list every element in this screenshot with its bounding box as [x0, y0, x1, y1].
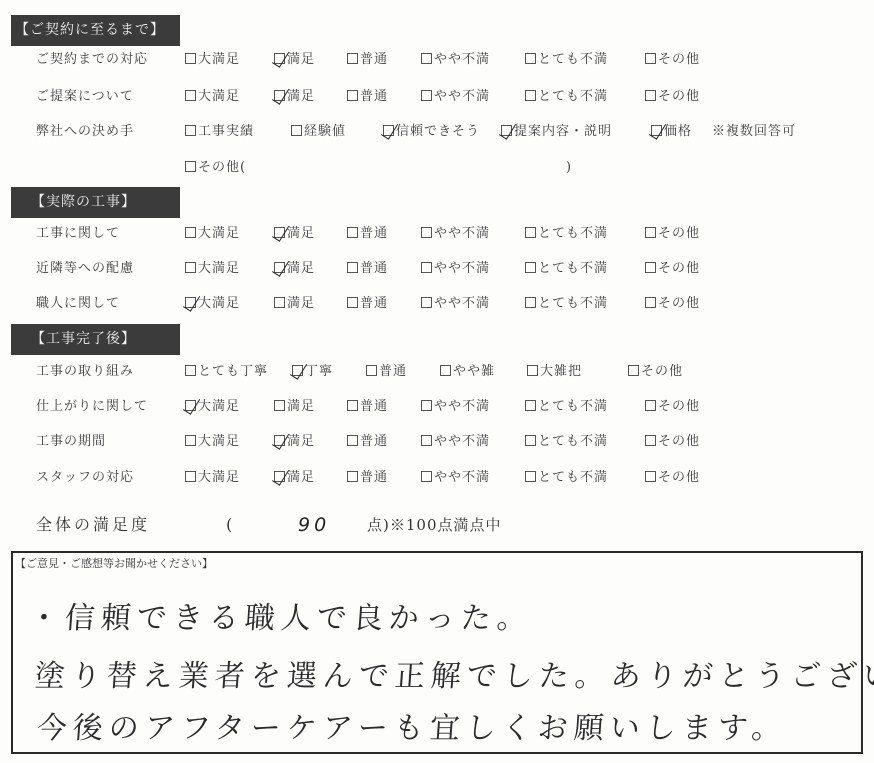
option-neutral[interactable]: 普通	[347, 222, 388, 246]
question-label: 近隣等への配慮	[36, 257, 134, 281]
question-row-duration: 工事の期間 大満足 満足 普通 やや不満 とても不満 その他	[0, 430, 874, 454]
multiple-answers-note: ※複数回答可	[712, 120, 796, 144]
overall-score-input[interactable]: 90	[298, 511, 330, 539]
comments-box[interactable]: 【ご意見・ご感想等お聞かせください】 ・信頼できる職人で良かった。 塗り替え業者…	[11, 551, 863, 754]
checkbox[interactable]	[645, 227, 656, 238]
question-row-construction: 工事に関して 大満足 満足 普通 やや不満 とても不満 その他	[0, 222, 874, 246]
checkbox[interactable]	[347, 53, 358, 64]
close-paren: )	[566, 156, 572, 180]
option-slightly-dissatisfied[interactable]: やや不満	[421, 466, 490, 490]
option-slightly-dissatisfied[interactable]: やや不満	[421, 430, 490, 454]
option-slightly-dissatisfied[interactable]: やや不満	[421, 85, 490, 109]
checkbox[interactable]	[421, 262, 432, 273]
question-row-craftsmen: 職人に関して 大満足 満足 普通 やや不満 とても不満 その他	[0, 292, 874, 316]
checkbox[interactable]	[525, 400, 536, 411]
option-experience[interactable]: 経験値	[291, 120, 346, 144]
checkbox[interactable]	[185, 262, 196, 273]
option-neutral[interactable]: 普通	[347, 292, 388, 316]
section-header-construction: 【実際の工事】	[11, 187, 180, 218]
overall-satisfaction-label: 全体の満足度	[36, 511, 150, 539]
question-label: 弊社への決め手	[36, 120, 134, 144]
checkbox[interactable]	[347, 435, 358, 446]
question-label: 工事の期間	[36, 430, 106, 454]
question-label: 仕上がりに関して	[36, 395, 148, 419]
option-proposal-content[interactable]: 提案内容・説明	[501, 120, 612, 144]
option-slightly-dissatisfied[interactable]: やや不満	[421, 395, 490, 419]
checkbox-checked[interactable]	[274, 471, 285, 482]
option-neutral[interactable]: 普通	[347, 257, 388, 281]
question-label: ご提案について	[36, 85, 134, 109]
score-suffix: 点)※100点満点中	[367, 511, 501, 539]
option-slightly-dissatisfied[interactable]: やや不満	[421, 222, 490, 246]
option-other[interactable]: その他	[645, 85, 700, 109]
question-row-work-attitude: 工事の取り組み とても丁寧 丁寧 普通 やや雑 大雑把 その他	[0, 360, 874, 384]
checkbox[interactable]	[525, 227, 536, 238]
question-label: スタッフの対応	[36, 466, 134, 490]
checkbox[interactable]	[421, 297, 432, 308]
option-other[interactable]: その他	[645, 395, 700, 419]
question-label: 工事の取り組み	[36, 360, 134, 384]
checkbox[interactable]	[525, 297, 536, 308]
question-row-contract-response: ご契約までの対応 大満足 満足 普通 やや不満 とても不満 その他	[0, 48, 874, 72]
option-satisfied[interactable]: 満足	[274, 430, 315, 454]
option-neutral[interactable]: 普通	[347, 395, 388, 419]
checkbox[interactable]	[421, 435, 432, 446]
checkbox[interactable]	[525, 53, 536, 64]
checkbox[interactable]	[645, 471, 656, 482]
checkbox[interactable]	[185, 227, 196, 238]
option-careful[interactable]: 丁寧	[292, 360, 333, 384]
option-other[interactable]: その他	[645, 48, 700, 72]
checkbox[interactable]	[274, 297, 285, 308]
option-satisfied[interactable]: 満足	[274, 48, 315, 72]
option-satisfied[interactable]: 満足	[274, 466, 315, 490]
option-neutral[interactable]: 普通	[347, 430, 388, 454]
checkbox[interactable]	[421, 90, 432, 101]
option-neutral[interactable]: 普通	[366, 360, 407, 384]
option-slightly-dissatisfied[interactable]: やや不満	[421, 257, 490, 281]
checkbox[interactable]	[645, 400, 656, 411]
checkbox[interactable]	[628, 365, 639, 376]
checkbox[interactable]	[645, 53, 656, 64]
option-very-dissatisfied[interactable]: とても不満	[525, 466, 608, 490]
checkbox[interactable]	[347, 400, 358, 411]
checkbox[interactable]	[185, 90, 196, 101]
option-very-dissatisfied[interactable]: とても不満	[525, 292, 608, 316]
checkbox[interactable]	[347, 262, 358, 273]
option-very-satisfied[interactable]: 大満足	[185, 395, 240, 419]
option-very-dissatisfied[interactable]: とても不満	[525, 85, 608, 109]
option-satisfied[interactable]: 満足	[274, 395, 315, 419]
checkbox-checked[interactable]	[274, 262, 285, 273]
checkbox-checked[interactable]	[383, 125, 394, 136]
checkbox[interactable]	[185, 365, 196, 376]
checkbox[interactable]	[527, 365, 538, 376]
option-other[interactable]: その他	[645, 292, 700, 316]
checkbox[interactable]	[185, 471, 196, 482]
option-other[interactable]: その他	[645, 257, 700, 281]
option-slightly-dissatisfied[interactable]: やや不満	[421, 48, 490, 72]
checkbox-checked[interactable]	[185, 297, 196, 308]
option-slightly-dissatisfied[interactable]: やや不満	[421, 292, 490, 316]
question-row-finish: 仕上がりに関して 大満足 満足 普通 やや不満 とても不満 その他	[0, 395, 874, 419]
question-row-neighbor-consideration: 近隣等への配慮 大満足 満足 普通 やや不満 とても不満 その他	[0, 257, 874, 281]
option-satisfied[interactable]: 満足	[274, 292, 315, 316]
option-satisfied[interactable]: 満足	[274, 257, 315, 281]
option-very-satisfied[interactable]: 大満足	[185, 430, 240, 454]
question-row-other: その他( )	[0, 156, 874, 180]
checkbox-checked[interactable]	[274, 53, 285, 64]
checkbox[interactable]	[645, 90, 656, 101]
question-row-proposal: ご提案について 大満足 満足 普通 やや不満 とても不満 その他	[0, 85, 874, 109]
checkbox[interactable]	[347, 297, 358, 308]
section-header-contract: 【ご契約に至るまで】	[11, 15, 180, 46]
checkbox[interactable]	[347, 471, 358, 482]
checkbox-checked[interactable]	[292, 365, 303, 376]
checkbox[interactable]	[347, 90, 358, 101]
option-very-satisfied[interactable]: 大満足	[185, 48, 240, 72]
checkbox[interactable]	[421, 471, 432, 482]
option-other[interactable]: その他	[645, 430, 700, 454]
checkbox-checked[interactable]	[274, 435, 285, 446]
handwritten-comment-line: 塗り替え業者を選んで正解でした。ありがとうございます。	[33, 651, 874, 695]
checkbox[interactable]	[421, 400, 432, 411]
option-other[interactable]: その他	[645, 222, 700, 246]
checkbox[interactable]	[291, 125, 302, 136]
option-satisfied[interactable]: 満足	[274, 222, 315, 246]
option-very-dissatisfied[interactable]: とても不満	[525, 48, 608, 72]
comments-title: 【ご意見・ご感想等お聞かせください】	[15, 555, 213, 571]
checkbox[interactable]	[347, 227, 358, 238]
option-satisfied[interactable]: 満足	[274, 85, 315, 109]
checkbox[interactable]	[274, 400, 285, 411]
option-very-satisfied[interactable]: 大満足	[185, 466, 240, 490]
checkbox[interactable]	[185, 435, 196, 446]
checkbox[interactable]	[185, 161, 196, 172]
checkbox[interactable]	[525, 435, 536, 446]
option-neutral[interactable]: 普通	[347, 466, 388, 490]
checkbox[interactable]	[525, 262, 536, 273]
handwritten-comment-line: ・信頼できる職人で良かった。	[27, 593, 534, 637]
question-row-deciding-factor: 弊社への決め手 工事実績 経験値 信頼できそう 提案内容・説明 価格 ※複数回答…	[0, 120, 874, 144]
option-other[interactable]: その他	[628, 360, 683, 384]
option-other-freeform[interactable]: その他(	[185, 156, 246, 180]
checkbox-checked[interactable]	[651, 125, 662, 136]
option-trustworthy[interactable]: 信頼できそう	[383, 120, 480, 144]
option-very-satisfied[interactable]: 大満足	[185, 292, 240, 316]
option-track-record[interactable]: 工事実績	[185, 120, 254, 144]
question-row-staff: スタッフの対応 大満足 満足 普通 やや不満 とても不満 その他	[0, 466, 874, 490]
checkbox[interactable]	[185, 125, 196, 136]
checkbox-checked[interactable]	[274, 227, 285, 238]
option-very-careful[interactable]: とても丁寧	[185, 360, 268, 384]
option-very-satisfied[interactable]: 大満足	[185, 85, 240, 109]
checkbox[interactable]	[645, 297, 656, 308]
checkbox[interactable]	[525, 471, 536, 482]
overall-satisfaction-row: 全体の満足度 ( 90 点)※100点満点中	[0, 511, 874, 539]
question-label: 工事に関して	[36, 222, 120, 246]
option-very-dissatisfied[interactable]: とても不満	[525, 430, 608, 454]
option-rough[interactable]: 大雑把	[527, 360, 582, 384]
option-neutral[interactable]: 普通	[347, 48, 388, 72]
checkbox[interactable]	[421, 53, 432, 64]
checkbox[interactable]	[525, 90, 536, 101]
option-very-dissatisfied[interactable]: とても不満	[525, 395, 608, 419]
handwritten-comment-line: 今後のアフターケアーも宜しくお願いします。	[35, 703, 789, 747]
checkbox[interactable]	[185, 53, 196, 64]
option-other[interactable]: その他	[645, 466, 700, 490]
option-price[interactable]: 価格	[651, 120, 692, 144]
option-very-satisfied[interactable]: 大満足	[185, 222, 240, 246]
checkbox-checked[interactable]	[185, 400, 196, 411]
paren-open: (	[226, 511, 232, 539]
checkbox[interactable]	[645, 435, 656, 446]
option-neutral[interactable]: 普通	[347, 85, 388, 109]
option-very-dissatisfied[interactable]: とても不満	[525, 222, 608, 246]
checkbox[interactable]	[366, 365, 377, 376]
option-very-dissatisfied[interactable]: とても不満	[525, 257, 608, 281]
option-very-satisfied[interactable]: 大満足	[185, 257, 240, 281]
option-slightly-rough[interactable]: やや雑	[440, 360, 495, 384]
checkbox-checked[interactable]	[274, 90, 285, 101]
checkbox[interactable]	[421, 227, 432, 238]
checkbox[interactable]	[440, 365, 451, 376]
checkbox-checked[interactable]	[501, 125, 512, 136]
section-header-after-completion: 【工事完了後】	[11, 324, 180, 355]
question-label: 職人に関して	[36, 292, 120, 316]
question-label: ご契約までの対応	[36, 48, 148, 72]
checkbox[interactable]	[645, 262, 656, 273]
